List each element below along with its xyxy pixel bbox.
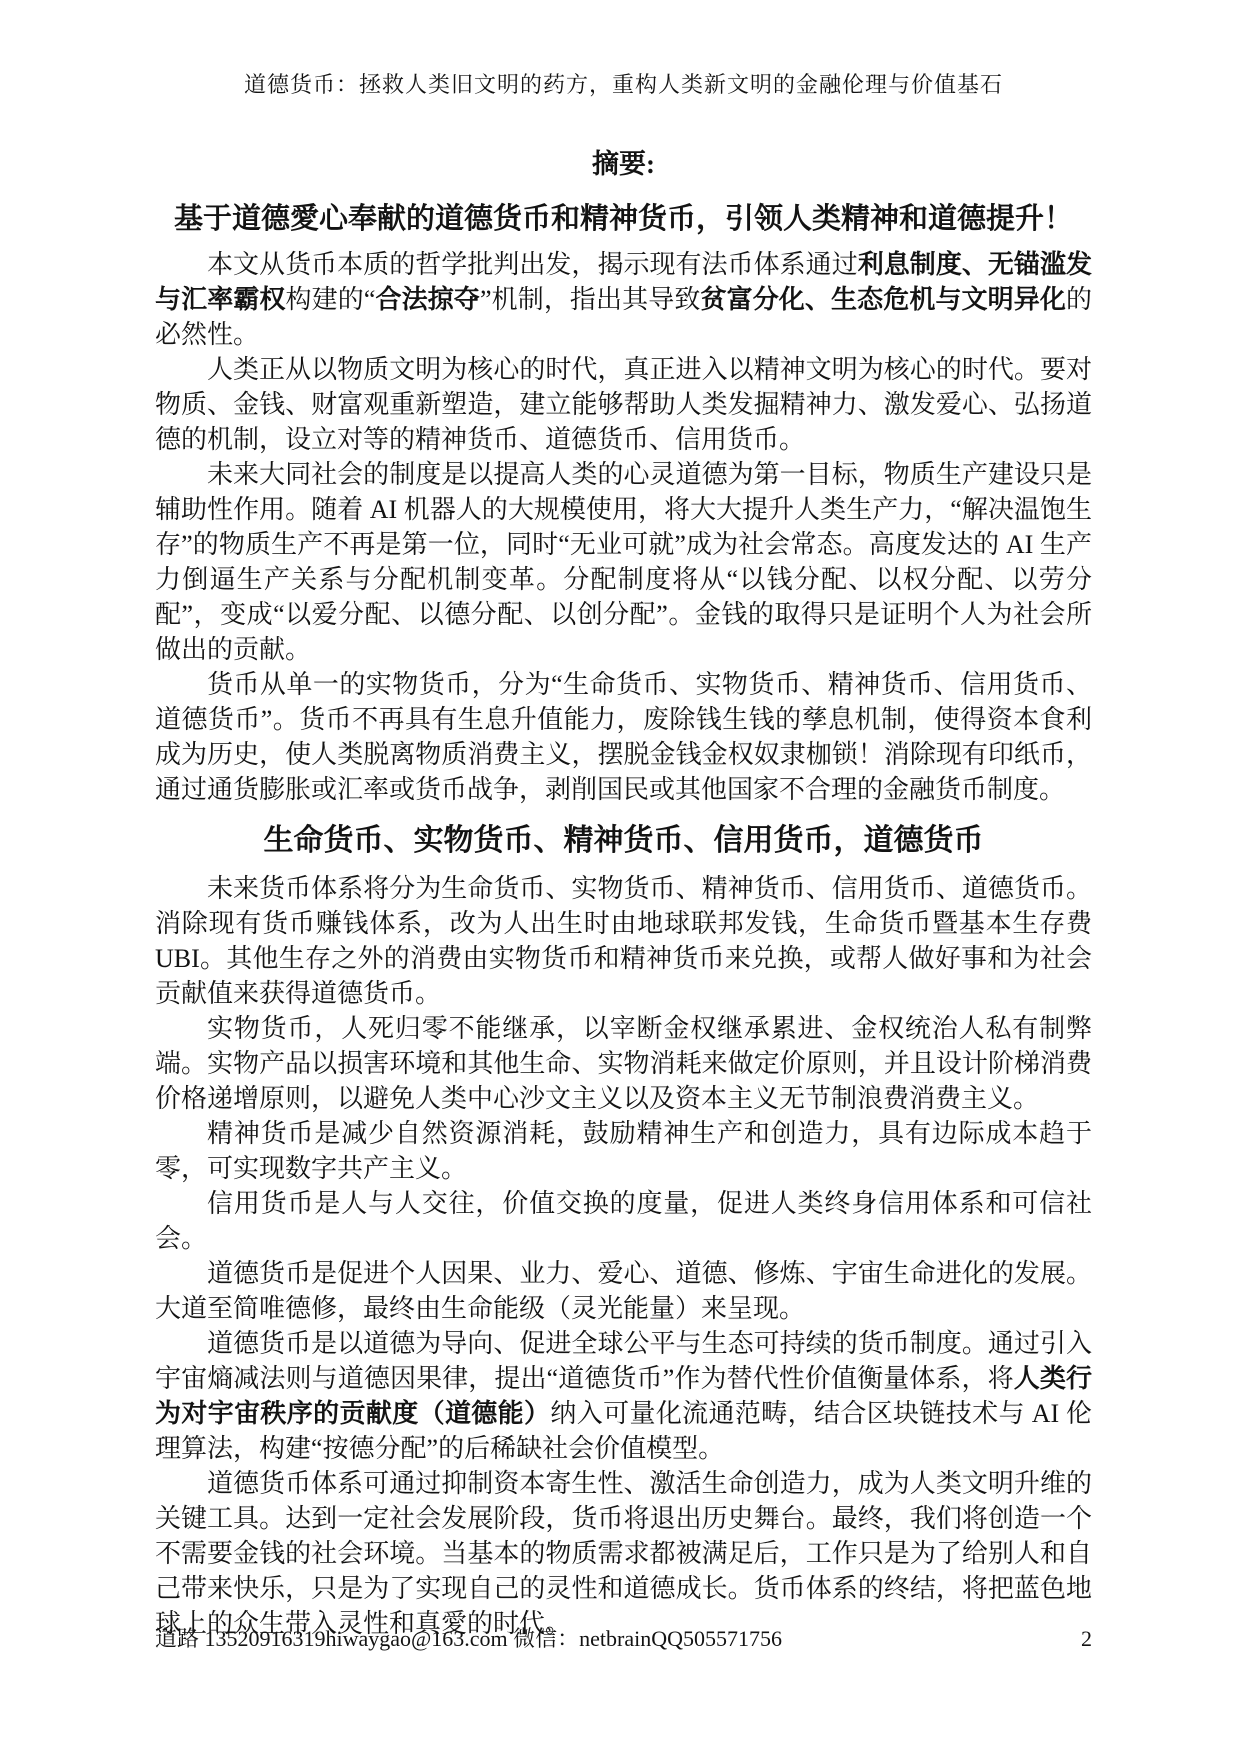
text-run: 道德货币是以道德为导向、促进全球公平与生态可持续的货币制度。通过引入宇宙熵减法则…: [155, 1329, 1092, 1393]
text-run: 道德货币体系可通过抑制资本寄生性、激活生命创造力，成为人类文明升维的关键工具。达…: [155, 1469, 1092, 1638]
section-paragraphs: 未来货币体系将分为生命货币、实物货币、精神货币、信用货币、道德货币。消除现有货币…: [155, 871, 1092, 1641]
abstract-paragraphs: 本文从货币本质的哲学批判出发，揭示现有法币体系通过利息制度、无锚滥发与汇率霸权构…: [155, 247, 1092, 807]
text-run: 道德货币是促进个人因果、业力、爱心、道德、修炼、宇宙生命进化的发展。大道至简唯德…: [155, 1259, 1092, 1323]
footer-contact: 道路 13520916319hiwaygao@163.com 微信：netbra…: [155, 1622, 782, 1653]
paragraph: 道德货币体系可通过抑制资本寄生性、激活生命创造力，成为人类文明升维的关键工具。达…: [155, 1466, 1092, 1641]
paragraph: 未来大同社会的制度是以提高人类的心灵道德为第一目标，物质生产建设只是辅助性作用。…: [155, 457, 1092, 667]
text-run: 实物货币，人死归零不能继承，以宰断金权继承累进、金权统治人私有制弊端。实物产品以…: [155, 1014, 1092, 1113]
paragraph: 未来货币体系将分为生命货币、实物货币、精神货币、信用货币、道德货币。消除现有货币…: [155, 871, 1092, 1011]
paragraph: 道德货币是促进个人因果、业力、爱心、道德、修炼、宇宙生命进化的发展。大道至简唯德…: [155, 1256, 1092, 1326]
document-page: 道德货币：拯救人类旧文明的药方，重构人类新文明的金融伦理与价值基石 摘要: 基于…: [0, 0, 1240, 1754]
text-run: ”机制，指出其导致: [480, 285, 701, 314]
bold-text-run: 贫富分化、生态危机与文明异化: [700, 285, 1066, 314]
text-run: 人类正从以物质文明为核心的时代，真正进入以精神文明为核心的时代。要对物质、金钱、…: [155, 355, 1092, 454]
text-run: 未来货币体系将分为生命货币、实物货币、精神货币、信用货币、道德货币。消除现有货币…: [155, 874, 1092, 1008]
page-number: 2: [1081, 1626, 1092, 1652]
page-footer: 道路 13520916319hiwaygao@163.com 微信：netbra…: [155, 1622, 1092, 1653]
paragraph: 精神货币是减少自然资源消耗，鼓励精神生产和创造力，具有边际成本趋于零，可实现数字…: [155, 1116, 1092, 1186]
text-run: 本文从货币本质的哲学批判出发，揭示现有法币体系通过: [207, 250, 858, 279]
bold-text-run: 合法掠夺: [375, 285, 480, 314]
text-run: 精神货币是减少自然资源消耗，鼓励精神生产和创造力，具有边际成本趋于零，可实现数字…: [155, 1119, 1092, 1183]
text-run: 构建的“: [286, 285, 376, 314]
text-run: 货币从单一的实物货币，分为“生命货币、实物货币、精神货币、信用货币、道德货币”。…: [155, 670, 1092, 804]
paragraph: 人类正从以物质文明为核心的时代，真正进入以精神文明为核心的时代。要对物质、金钱、…: [155, 352, 1092, 457]
text-run: 信用货币是人与人交往，价值交换的度量，促进人类终身信用体系和可信社会。: [155, 1189, 1092, 1253]
paragraph: 道德货币是以道德为导向、促进全球公平与生态可持续的货币制度。通过引入宇宙熵减法则…: [155, 1326, 1092, 1466]
abstract-headline: 基于道德愛心奉献的道德货币和精神货币，引领人类精神和道德提升！: [155, 199, 1092, 239]
paragraph: 货币从单一的实物货币，分为“生命货币、实物货币、精神货币、信用货币、道德货币”。…: [155, 667, 1092, 807]
page-content: 道德货币：拯救人类旧文明的药方，重构人类新文明的金融伦理与价值基石 摘要: 基于…: [155, 70, 1092, 1641]
text-run: 未来大同社会的制度是以提高人类的心灵道德为第一目标，物质生产建设只是辅助性作用。…: [155, 460, 1092, 664]
paragraph: 本文从货币本质的哲学批判出发，揭示现有法币体系通过利息制度、无锚滥发与汇率霸权构…: [155, 247, 1092, 352]
section-heading: 生命货币、实物货币、精神货币、信用货币，道德货币: [155, 821, 1092, 861]
paragraph: 实物货币，人死归零不能继承，以宰断金权继承累进、金权统治人私有制弊端。实物产品以…: [155, 1011, 1092, 1116]
document-header-title: 道德货币：拯救人类旧文明的药方，重构人类新文明的金融伦理与价值基石: [155, 70, 1092, 100]
paragraph: 信用货币是人与人交往，价值交换的度量，促进人类终身信用体系和可信社会。: [155, 1186, 1092, 1256]
abstract-label: 摘要:: [155, 142, 1092, 181]
